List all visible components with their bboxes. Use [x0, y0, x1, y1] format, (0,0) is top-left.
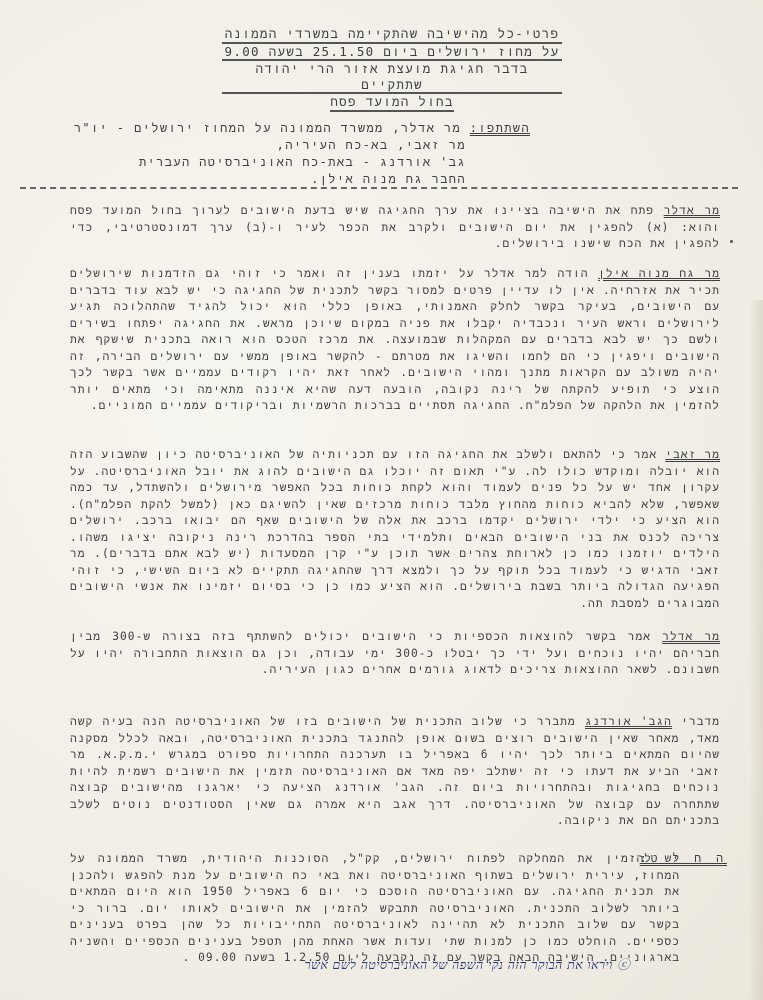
- paragraph-ordang: מדברי הגב' אורדנג מתברר כי שלוב התכנית ש…: [70, 714, 720, 830]
- participant-row: מר זאבי, בא-כח העיריה,: [60, 137, 530, 154]
- paragraph-zeevi: מר זאבי אמר כי להתאם ולשלב את החגיגה הזו…: [70, 447, 720, 612]
- handwritten-annotation: ⓒ ויראו את הבוקר הזה נקי השפה של האוניבר…: [220, 955, 630, 973]
- speaker-name: מר אדלר: [664, 204, 720, 217]
- paragraph-text: אמר בקשר להוצאות הכספיות כי הישובים יכול…: [70, 630, 720, 676]
- decision-text: יש להזמין את המחלקה לפתוח ירושלים, קק"ל,…: [70, 851, 680, 967]
- paper-edge-shadow: [749, 300, 763, 1000]
- paragraph-text: הודה למר אדלר על יזמתו בענין זה ואמר כי …: [70, 267, 720, 412]
- participant: גב' אורדנג - באת-כח האוניברסיטה העברית: [139, 155, 466, 169]
- paragraph-text: פתח את הישיבה בציינו את ערך החגיגה שיש ב…: [70, 204, 720, 250]
- paragraph-text: אמר כי להתאם ולשלב את החגיגה הזו עם תכני…: [70, 448, 720, 610]
- paragraph-adler-finance: מר אדלר אמר בקשר להוצאות הכספיות כי הישו…: [70, 629, 720, 679]
- paragraph-text: מתברר כי שלוב התכנית של הישובים בזו של ה…: [70, 715, 720, 827]
- participant-row: גב' אורדנג - באת-כח האוניברסיטה העברית: [60, 154, 530, 171]
- speaker-name: מר גח מנוה אילן: [598, 267, 720, 280]
- participant-row: השתתפו: מר אדלר, ממשרד הממונה על המחוז י…: [60, 120, 530, 137]
- title-line: בדבר חגיגת מועצת אזור הרי יהודה שתתקיים: [222, 61, 562, 94]
- title-line: בחול המועד פסח: [330, 94, 453, 112]
- participants-label: השתתפו:: [470, 121, 530, 135]
- title-line: על מחוז ירושלים ביום 25.1.50 בשעה 9.00: [222, 44, 562, 62]
- paragraph-menuha-ilan: מר גח מנוה אילן הודה למר אדלר על יזמתו ב…: [70, 266, 720, 415]
- punch-mark: [730, 240, 733, 243]
- participant: מר זאבי, בא-כח העיריה,: [277, 138, 466, 152]
- speaker-name: הגב' אורדנג: [585, 715, 672, 728]
- participant-row: החבר גח מנוה אילן.: [60, 171, 530, 188]
- participants-list: השתתפו: מר אדלר, ממשרד הממונה על המחוז י…: [60, 120, 530, 188]
- document-title: פרטי-כל מהישיבה שהתקיימה במשרדי הממונה ע…: [222, 26, 562, 112]
- title-line: פרטי-כל מהישיבה שהתקיימה במשרדי הממונה: [222, 26, 562, 44]
- dashed-divider: [20, 187, 738, 189]
- paragraph-adler-opening: מר אדלר פתח את הישיבה בציינו את ערך החגי…: [70, 203, 720, 253]
- participant: מר אדלר, ממשרד הממונה על המחוז ירושלים -…: [74, 121, 461, 135]
- paragraph-prefix: מדברי: [672, 715, 720, 728]
- scanned-document-page: פרטי-כל מהישיבה שהתקיימה במשרדי הממונה ע…: [0, 0, 763, 1000]
- speaker-name: מר אדלר: [662, 630, 720, 643]
- participant: החבר גח מנוה אילן.: [311, 172, 466, 186]
- speaker-name: מר זאבי: [665, 448, 720, 461]
- decision-body: יש להזמין את המחלקה לפתוח ירושלים, קק"ל,…: [70, 852, 680, 964]
